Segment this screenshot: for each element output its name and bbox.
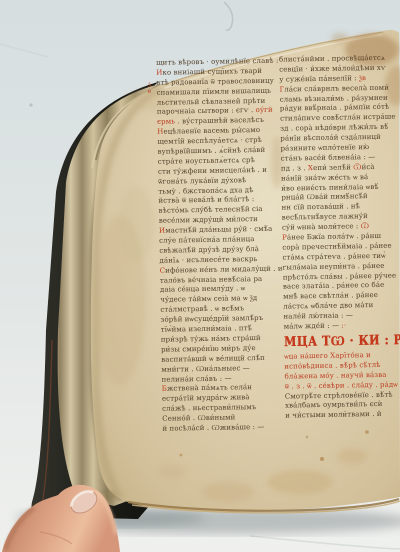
stain-bottom1: [268, 470, 332, 494]
background-speck: [29, 103, 32, 106]
stain-center-top: [210, 106, 290, 150]
foxing-dot3: [365, 430, 369, 434]
stain-left-upper: [118, 187, 154, 263]
foxing-dot1: [320, 457, 324, 461]
stain-top-right: [345, 34, 399, 66]
stain-corner-fold: [128, 89, 176, 111]
stain-top-small: [331, 33, 349, 43]
stain-bottom3: [202, 482, 254, 502]
stain-bottom2: [337, 448, 367, 464]
foxing-dot4: [306, 436, 309, 439]
stain-bottom4: [159, 466, 185, 478]
manuscript-photo-scene: [0, 0, 400, 552]
photo-frame: з̇ е щитъ вѣровъ · оумилѣнїе славѣ :Ико …: [0, 0, 400, 552]
foxing-dot2: [180, 454, 183, 457]
